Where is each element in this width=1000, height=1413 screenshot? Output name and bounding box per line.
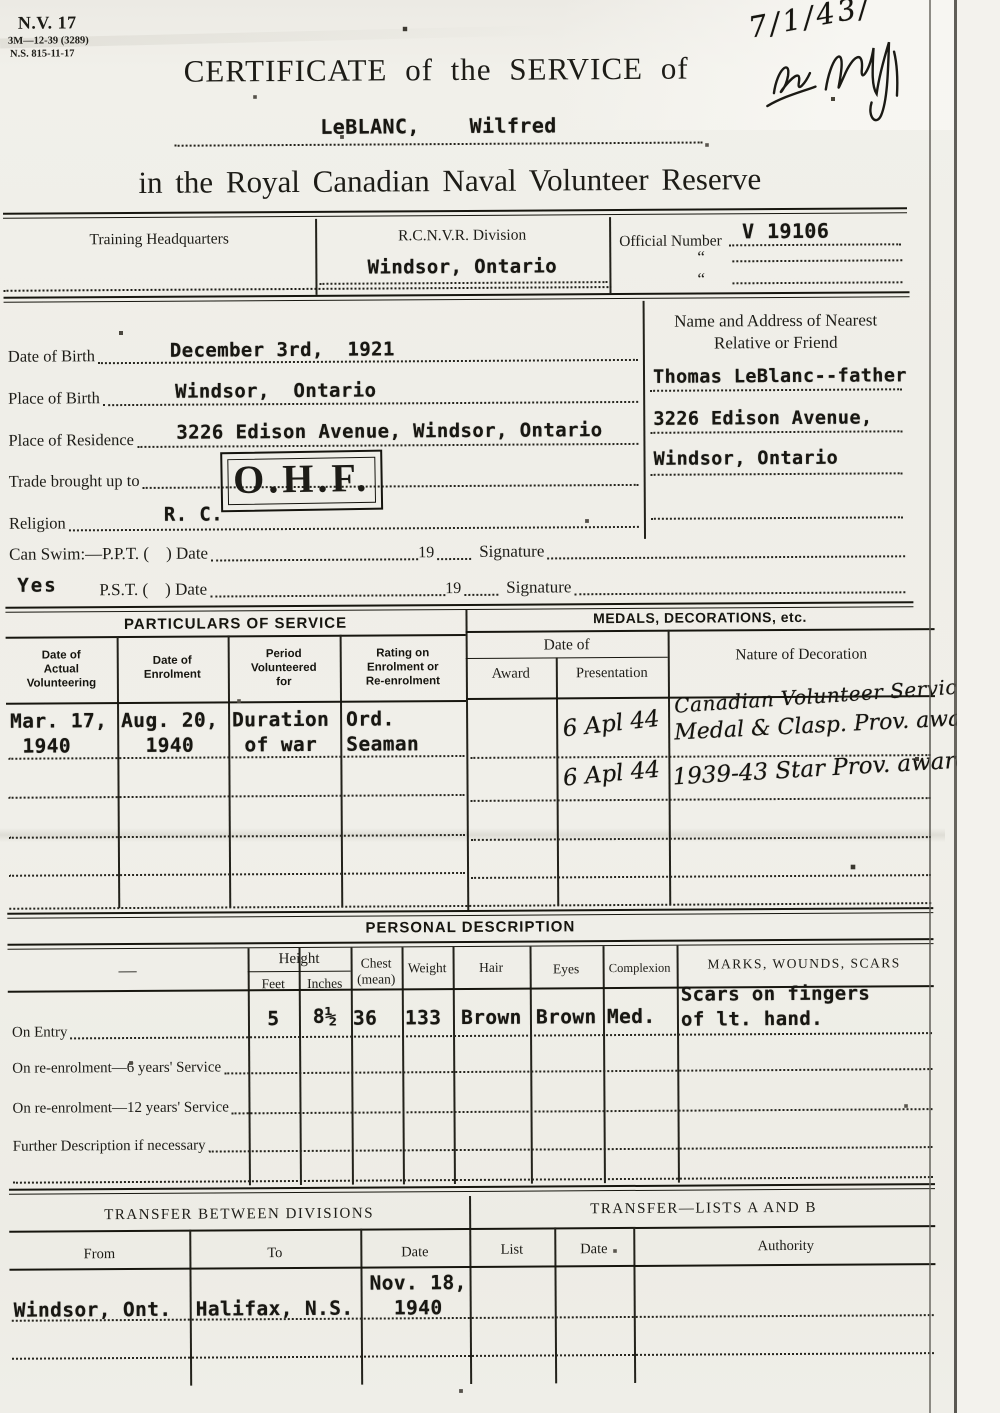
trade-label: Trade brought up to xyxy=(9,471,140,492)
reenrol12-row: On re-enrolment—12 years' Service xyxy=(12,1095,932,1118)
entry-hair-value: Brown xyxy=(453,1006,530,1029)
swim-pst-row: P.S.T. ( ) Date 19 Signature xyxy=(99,575,905,600)
signature-scribble xyxy=(756,23,932,129)
residence-value: 3226 Edison Avenue, Windsor, Ontario xyxy=(176,419,602,444)
service-col4-header: Rating on Enrolment or Re-enrolment xyxy=(340,646,466,689)
service-col2-header: Date of Enrolment xyxy=(117,653,228,682)
page-title: CERTIFICATE of the SERVICE of xyxy=(156,50,716,89)
training-hq-header: Training Headquarters xyxy=(3,230,315,250)
medals-presentation-header: Presentation xyxy=(556,665,668,683)
member-name-line: LeBLANC, Wilfred xyxy=(174,113,702,147)
to-header: To xyxy=(189,1245,360,1263)
signature-label: Signature xyxy=(506,577,571,597)
transfer-to-value: Halifax, N.S. xyxy=(196,1297,354,1321)
reenrol12-label: On re-enrolment—12 years' Service xyxy=(12,1099,228,1117)
column-divider xyxy=(668,630,671,905)
double-rule xyxy=(9,1183,935,1195)
religion-label: Religion xyxy=(9,513,66,533)
relative-name: Thomas LeBlanc--father xyxy=(653,365,907,388)
medal-row1-presentation: 6 Apl 44 xyxy=(555,705,667,743)
list-date-header: Date xyxy=(554,1241,633,1258)
entry-inches-value: 8½ xyxy=(299,1005,351,1028)
personal-title: PERSONAL DESCRIPTION xyxy=(7,916,933,939)
dob-label: Date of Birth xyxy=(8,346,95,367)
year-prefix: 19 xyxy=(445,580,461,598)
dotted-line xyxy=(9,793,465,799)
rule xyxy=(9,1263,935,1270)
reenrol6-label: On re-enrolment—6 years' Service xyxy=(12,1059,221,1077)
entry-weight-value: 133 xyxy=(405,1006,442,1029)
medals-nature-header: Nature of Decoration xyxy=(668,645,935,665)
personal-dash: — xyxy=(8,959,248,981)
transfer-divisions-title: TRANSFER BETWEEN DIVISIONS xyxy=(9,1205,469,1225)
relative-address-2: Windsor, Ontario xyxy=(653,448,838,470)
dotted-leader xyxy=(547,554,905,559)
period-value: Duration of war xyxy=(232,707,329,758)
dotted-leader xyxy=(437,557,471,560)
authority-header: Authority xyxy=(633,1237,938,1256)
scanned-certificate-page: N.V. 17 3M—12-39 (3289) N.S. 815-11-17 7… xyxy=(0,0,1000,1413)
dotted-leader xyxy=(211,557,418,561)
dotted-leader xyxy=(70,1031,932,1039)
medals-date-of-header: Date of xyxy=(466,636,668,655)
dotted-leader xyxy=(464,593,498,596)
medal-row2-presentation: 6 Apl 44 xyxy=(555,756,667,792)
entry-feet-value: 5 xyxy=(248,1007,299,1030)
transfer-date-value: Nov. 18, 1940 xyxy=(369,1270,466,1321)
double-rule xyxy=(3,207,907,219)
dotted-line xyxy=(12,1351,934,1360)
page-fold-line xyxy=(929,0,931,1413)
entry-chest-value: 36 xyxy=(353,1007,377,1030)
hair-header: Hair xyxy=(453,960,530,976)
enrolment-date-value: Aug. 20, 1940 xyxy=(121,707,218,758)
form-number: N.V. 17 xyxy=(18,12,77,33)
dotted-line xyxy=(650,387,902,392)
complexion-header: Complexion xyxy=(603,961,677,976)
entry-eyes-value: Brown xyxy=(536,1005,597,1028)
dotted-line xyxy=(9,871,465,877)
dotted-line xyxy=(471,873,931,879)
column-divider xyxy=(609,217,611,293)
residence-label: Place of Residence xyxy=(8,430,134,451)
weight-header: Weight xyxy=(402,960,453,976)
dotted-line xyxy=(651,515,903,520)
eyes-header: Eyes xyxy=(530,961,603,977)
swim-question-label: Can Swim:—P.P.T. ( ) Date xyxy=(9,544,208,565)
dotted-leader xyxy=(69,525,639,531)
dotted-leader xyxy=(210,593,445,597)
division-value: Windsor, Ontario xyxy=(315,255,609,279)
entry-complexion-value: Med. xyxy=(607,1005,656,1028)
on-entry-label: On Entry xyxy=(12,1024,68,1041)
signature-label: Signature xyxy=(479,541,544,561)
rating-value: Ord. Seaman xyxy=(346,706,419,756)
swim-ppt-row: Can Swim:—P.P.T. ( ) Date 19 Signature xyxy=(9,539,905,564)
transfer-lists-title: TRANSFER—LISTS A AND B xyxy=(469,1199,938,1219)
rule xyxy=(6,634,466,638)
year-prefix: 19 xyxy=(418,544,434,562)
rule xyxy=(466,628,935,632)
official-number-label: Official Number xyxy=(619,232,722,251)
marks-header: MARKS, WOUNDS, SCARS xyxy=(677,955,932,973)
heavy-dotted-rule xyxy=(3,284,611,292)
medals-award-header: Award xyxy=(466,665,556,683)
dotted-leader xyxy=(209,1145,933,1152)
page-subtitle: in the Royal Canadian Naval Volunteer Re… xyxy=(85,161,815,201)
rule xyxy=(9,1225,935,1232)
member-name: LeBLANC, Wilfred xyxy=(320,113,557,138)
page-edge-strip xyxy=(957,0,1000,1413)
form-print-code: 3M—12-39 (3289) xyxy=(8,35,89,46)
pob-value: Windsor, Ontario xyxy=(175,380,376,403)
dotted-line xyxy=(9,833,465,839)
ditto-mark: “ xyxy=(697,247,705,267)
double-rule xyxy=(7,938,933,950)
official-number-value: V 19106 xyxy=(742,219,829,244)
double-rule xyxy=(4,291,910,303)
dotted-line xyxy=(650,429,902,434)
swim-answer: Yes xyxy=(17,574,57,596)
further-description-row: Further Description if necessary xyxy=(13,1133,933,1156)
scan-specks xyxy=(0,0,2,2)
trade-stamp: O.H.F. xyxy=(220,450,383,513)
dotted-line xyxy=(471,835,931,841)
religion-value: R. C. xyxy=(164,503,223,525)
transfer-from-value: Windsor, Ont. xyxy=(14,1298,172,1322)
dotted-line xyxy=(732,280,902,284)
ditto-mark: “ xyxy=(697,269,705,289)
relative-address-1: 3226 Edison Avenue, xyxy=(653,407,872,429)
entry-marks-value: Scars on fingers of lt. hand. xyxy=(681,981,871,1032)
religion-row: Religion xyxy=(9,510,639,534)
service-col1-header: Date of Actual Volunteering xyxy=(6,648,117,691)
volunteering-date-value: Mar. 17, 1940 xyxy=(10,708,107,759)
list-header: List xyxy=(469,1241,554,1259)
dotted-leader xyxy=(224,1067,932,1074)
chest-header: Chest (mean) xyxy=(351,955,402,987)
rule xyxy=(6,700,466,704)
rule xyxy=(466,657,668,660)
relative-box-header: Name and Address of Nearest Relative or … xyxy=(650,309,902,355)
dotted-leader xyxy=(574,590,905,595)
swim-pst-label: P.S.T. ( ) Date xyxy=(99,580,207,601)
relative-box-divider xyxy=(643,301,646,539)
form-file-code: N.S. 815-11-17 xyxy=(10,48,75,59)
further-description-label: Further Description if necessary xyxy=(13,1138,206,1156)
dotted-line xyxy=(732,258,902,262)
dob-value: December 3rd, 1921 xyxy=(170,338,395,361)
dotted-leader xyxy=(143,483,639,489)
height-header: Height xyxy=(248,951,351,969)
dotted-line xyxy=(13,1175,933,1184)
service-table-title: PARTICULARS OF SERVICE xyxy=(5,614,465,634)
reenrol6-row: On re-enrolment—6 years' Service xyxy=(12,1055,932,1078)
from-header: From xyxy=(9,1246,189,1264)
dotted-line xyxy=(651,471,903,476)
pob-label: Place of Birth xyxy=(8,388,100,409)
dotted-line xyxy=(471,796,931,802)
date-header: Date xyxy=(360,1244,469,1262)
dotted-leader xyxy=(232,1107,933,1114)
medals-table-title: MEDALS, DECORATIONS, etc. xyxy=(465,608,934,627)
service-col3-header: Period Volunteered for xyxy=(228,647,340,690)
division-header: R.C.N.V.R. Division xyxy=(315,226,609,246)
